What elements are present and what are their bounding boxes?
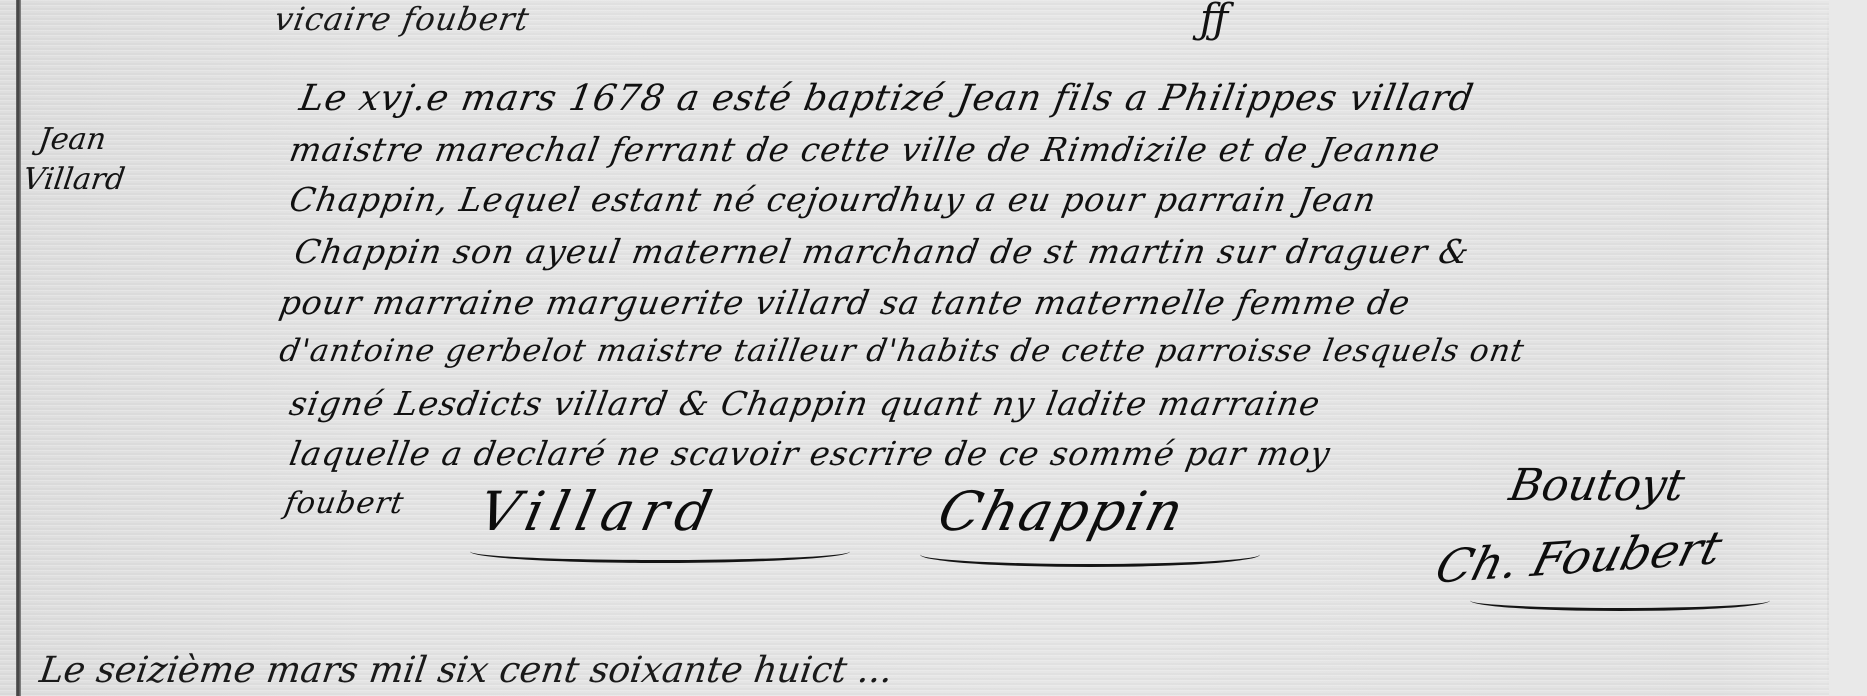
entry-line-2: maistre marechal ferrant de cette ville …: [287, 130, 1444, 169]
margin-note-first-name: Jean: [8, 120, 133, 160]
previous-entry-tail: vicaire foubert: [272, 0, 533, 38]
signatures-row: Villard Chappin Boutoyt Ch. Foubert: [480, 470, 1780, 610]
signature-priest: Ch. Foubert: [1430, 520, 1727, 593]
next-entry-head: Le seizième mars mil six cent soixante h…: [0, 650, 895, 691]
previous-entry-flourish: ƒƒ: [1200, 0, 1228, 42]
margin-note-surname: Villard: [2, 160, 127, 200]
entry-line-7: signé Lesdicts villard & Chappin quant n…: [287, 384, 1324, 423]
signature-flourish: [1470, 590, 1770, 611]
entry-line-3: Chappin, Lequel estant né cejourdhuy a e…: [287, 180, 1380, 219]
signature-father: Villard: [473, 480, 725, 543]
register-page: vicaire foubert ƒƒ Jean Villard Le xvj.e…: [0, 0, 1867, 696]
signature-godfather: Chappin: [932, 480, 1191, 543]
signature-flourish: [470, 540, 850, 563]
entry-line-8: laquelle a declaré ne scavoir escrire de…: [287, 434, 1334, 473]
entry-line-9: foubert: [282, 486, 407, 521]
entry-line-5: pour marraine marguerite villard sa tant…: [277, 283, 1414, 322]
page-edge: [1829, 0, 1867, 696]
entry-line-4: Chappin son ayeul maternel marchand de s…: [292, 232, 1473, 271]
signature-witness: Boutoyt: [1506, 460, 1689, 511]
entry-line-6: d'antoine gerbelot maistre tailleur d'ha…: [277, 333, 1528, 369]
margin-rule: [16, 0, 21, 696]
signature-flourish: [920, 542, 1260, 567]
entry-line-1: Le xvj.e mars 1678 a esté baptizé Jean f…: [296, 78, 1477, 119]
margin-note: Jean Villard: [2, 120, 133, 200]
